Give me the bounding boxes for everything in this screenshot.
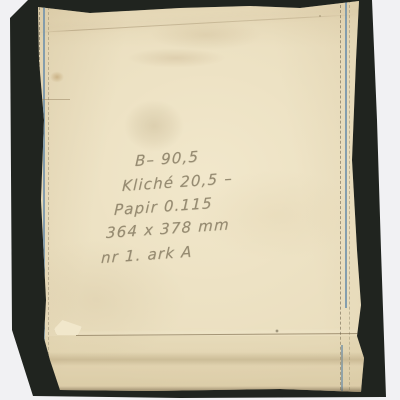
paper-sheet: B– 90,5 Kliché 20,5 – Papir 0.115 364 x …: [36, 0, 366, 394]
handwriting-line: Kliché 20,5 –: [122, 169, 234, 195]
handwriting-line: Papir 0.115: [114, 194, 213, 219]
handwriting-line: 364 x 378 mm: [106, 215, 230, 242]
blue-guide-line-left-bottom: [45, 372, 47, 392]
item-photo: B– 90,5 Kliché 20,5 – Papir 0.115 364 x …: [0, 0, 400, 400]
handwriting-line: nr 1. ark A: [101, 243, 193, 267]
handwriting-line: B– 90,5: [135, 147, 200, 170]
page-background: B– 90,5 Kliché 20,5 – Papir 0.115 364 x …: [0, 0, 400, 400]
handwritten-annotations: B– 90,5 Kliché 20,5 – Papir 0.115 364 x …: [36, 0, 366, 394]
